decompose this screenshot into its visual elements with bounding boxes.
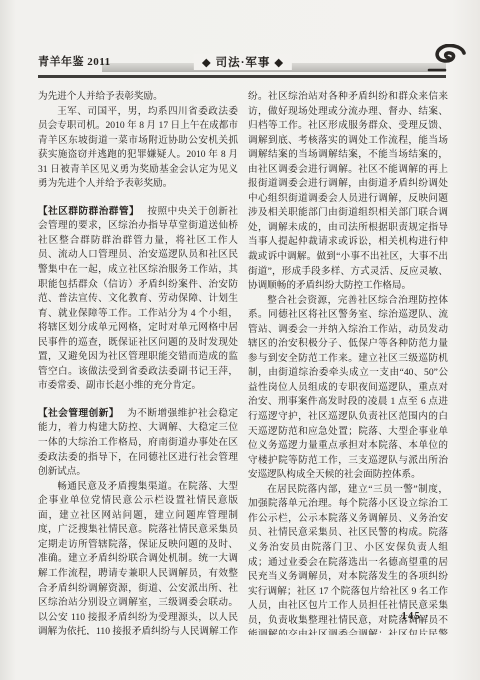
page-number: · 145 · bbox=[393, 611, 430, 622]
right-column: 纷。社区综治站对各种矛盾纠纷和群众来信来访，做好现场处理或分流办理、督办、结案、… bbox=[248, 90, 448, 635]
paragraph-text: 纷。社区综治站对各种矛盾纠纷和群众来信来访，做好现场处理或分流办理、督办、结案、… bbox=[248, 91, 448, 291]
paragraph: 畅通民意及矛盾搜集渠道。在院落、大型企事业单位党情民意公示栏设置社情民意版面，建… bbox=[38, 480, 238, 635]
section-title: ◆ 司法·军事 ◆ bbox=[194, 54, 292, 70]
header-rule bbox=[38, 75, 446, 78]
paragraph-text: 整合社会资源，完善社区综合治理防控体系。同德社区将社区警务室、综治巡逻队、流管站… bbox=[248, 295, 448, 481]
yearbook-page: 青羊年鉴 2011 ◆ 司法·军事 ◆ 为先进个人并给予表彰奖励。 王军、司国平… bbox=[0, 0, 480, 680]
entry-text: 按照中央关于创新社会管理的要求，区综治办指导草堂街道送仙桥社区整合群防群治群管力… bbox=[38, 206, 238, 392]
yearbook-title: 青羊年鉴 2011 bbox=[38, 53, 111, 69]
paragraph-continuation: 为先进个人并给予表彰奖励。 bbox=[38, 90, 238, 105]
paragraph: 王军、司国平，男，均系四川省委政法委员会专职司机。2010 年 8 月 17 日… bbox=[38, 105, 238, 192]
calligraphic-swirl-icon bbox=[426, 44, 468, 80]
paragraph-text: 为先进个人并给予表彰奖励。 bbox=[38, 91, 163, 102]
entry-title: 【社会管理创新】 bbox=[38, 408, 127, 419]
page-header: 青羊年鉴 2011 ◆ 司法·军事 ◆ bbox=[38, 52, 448, 80]
paragraph-continuation: 纷。社区综治站对各种矛盾纠纷和群众来信来访，做好现场处理或分流办理、督办、结案、… bbox=[248, 90, 448, 294]
entry-social-management: 【社会管理创新】为不断增强维护社会稳定能力，着力构建大防控、大调解、大稳定三位一… bbox=[38, 407, 238, 480]
paragraph-text: 畅通民意及矛盾搜集渠道。在院落、大型企事业单位党情民意公示栏设置社情民意版面，建… bbox=[38, 481, 238, 635]
two-column-text: 为先进个人并给予表彰奖励。 王军、司国平，男，均系四川省委政法委员会专职司机。2… bbox=[38, 90, 448, 635]
paragraph-text: 王军、司国平，男，均系四川省委政法委员会专职司机。2010 年 8 月 17 日… bbox=[38, 106, 238, 190]
entry-title: 【社区群防群治群管】 bbox=[38, 206, 147, 217]
paragraph: 整合社会资源，完善社区综合治理防控体系。同德社区将社区警务室、综治巡逻队、流管站… bbox=[248, 294, 448, 483]
entry-community-patrol: 【社区群防群治群管】按照中央关于创新社会管理的要求，区综治办指导草堂街道送仙桥社… bbox=[38, 205, 238, 394]
left-column: 为先进个人并给予表彰奖励。 王军、司国平，男，均系四川省委政法委员会专职司机。2… bbox=[38, 90, 238, 635]
